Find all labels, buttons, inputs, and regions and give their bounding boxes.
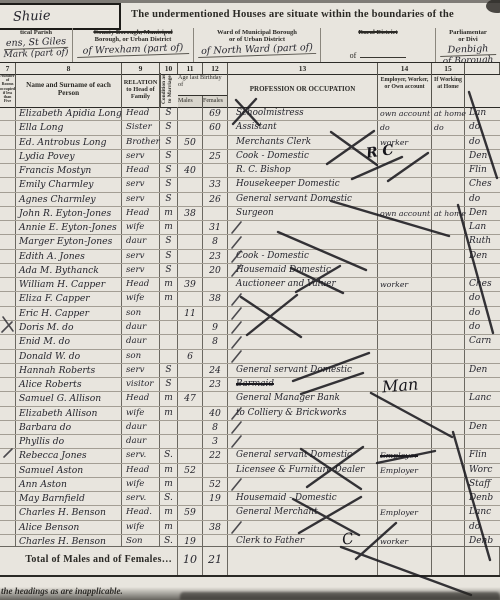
male-age-cell <box>178 221 203 234</box>
occupation-cell: Housemaid - Domestic <box>228 492 378 505</box>
female-age-cell: 23 <box>203 378 228 391</box>
at-home-cell <box>432 235 465 248</box>
female-age-cell <box>203 350 228 363</box>
male-age-cell <box>178 449 203 462</box>
table-row: Ann Aston wife m 52 Staff <box>0 478 500 492</box>
relation-cell: Head <box>122 278 160 291</box>
occupation-cell: Auctioneer and Valuer <box>228 278 378 291</box>
employer-cell <box>378 164 432 177</box>
relation-cell: serv <box>122 178 160 191</box>
rooms-cell <box>0 221 16 234</box>
rooms-cell <box>0 449 16 462</box>
condition-cell: S <box>160 193 178 206</box>
birthplace-cell: Flin <box>465 164 500 177</box>
relation-cell: wife <box>122 292 160 305</box>
rooms-cell <box>0 292 16 305</box>
scan-bottom-smudge <box>180 592 500 600</box>
birthplace-cell: Staff <box>465 478 500 491</box>
rooms-cell <box>0 364 16 377</box>
name-cell: Rebecca Jones <box>16 449 122 462</box>
female-age-cell: 38 <box>203 292 228 305</box>
condition-cell: S <box>160 364 178 377</box>
name-cell: William H. Capper <box>16 278 122 291</box>
employer-cell: own account <box>378 107 432 120</box>
name-cell: Ada M. Bythanck <box>16 264 122 277</box>
rooms-cell <box>0 136 16 149</box>
rural-district-of: of <box>350 51 357 60</box>
condition-cell: S <box>160 107 178 120</box>
table-row: Eliza F. Capper wife m 38 do <box>0 292 500 306</box>
table-row: William H. Capper Head m 39 Auctioneer a… <box>0 278 500 292</box>
employer-cell: own account <box>378 207 432 220</box>
female-age-cell: 31 <box>203 221 228 234</box>
relation-cell: wife <box>122 521 160 534</box>
occupation-cell: Licensee & Furniture Dealer <box>228 464 378 477</box>
parliamentary-label-line1: Parliamentar <box>436 29 500 36</box>
birthplace-cell: Lan <box>465 107 500 120</box>
at-home-cell <box>432 378 465 391</box>
female-age-cell: 25 <box>203 150 228 163</box>
condition-cell <box>160 435 178 448</box>
birthplace-cell: Lan <box>465 221 500 234</box>
ink-annotation-man: Man <box>381 374 419 396</box>
female-age-cell <box>203 136 228 149</box>
condition-cell: m <box>160 506 178 519</box>
name-cell: Alice Roberts <box>16 378 122 391</box>
ward-label-line1: Ward of Municipal Borough <box>194 29 320 36</box>
at-home-cell <box>432 449 465 462</box>
ward-box: Ward of Municipal Borough or of Urban Di… <box>193 28 320 62</box>
male-age-cell <box>178 478 203 491</box>
at-home-cell <box>432 478 465 491</box>
female-age-cell <box>203 506 228 519</box>
relation-cell: serv <box>122 193 160 206</box>
rooms-cell <box>0 478 16 491</box>
occupation-cell: Cook - Domestic <box>228 250 378 263</box>
rooms-cell <box>0 164 16 177</box>
at-home-cell <box>432 364 465 377</box>
condition-cell: S <box>160 150 178 163</box>
birthplace-cell: Lanc <box>465 506 500 519</box>
name-cell: Agnes Charmley <box>16 193 122 206</box>
male-age-cell <box>178 421 203 434</box>
header-occupation: PROFESSION OR OCCUPATION <box>228 73 378 107</box>
header-relation: RELATION to Head of Family <box>122 73 160 107</box>
male-age-cell <box>178 235 203 248</box>
occupation-cell <box>228 521 378 534</box>
condition-cell: S <box>160 136 178 149</box>
table-row: Samuel G. Allison Head m 47 General Mana… <box>0 392 500 406</box>
table-row: Rebecca Jones serv. S. 22 General servan… <box>0 449 500 463</box>
table-row: Elizabeth Apidia Long Head S 69 Schoolmi… <box>0 107 500 121</box>
table-row: John R. Eyton-Jones Head m 38 Surgeon ow… <box>0 207 500 221</box>
condition-cell <box>160 421 178 434</box>
table-row: Francis Mostyn Head S 40 R. C. Bishop Fl… <box>0 164 500 178</box>
male-age-cell <box>178 150 203 163</box>
name-cell: John R. Eyton-Jones <box>16 207 122 220</box>
header-males: Males <box>178 96 203 107</box>
relation-cell: daur <box>122 321 160 334</box>
female-age-cell <box>203 307 228 320</box>
employer-cell: worker <box>378 278 432 291</box>
name-cell: Samuel Aston <box>16 464 122 477</box>
female-age-cell: 20 <box>203 264 228 277</box>
rural-district-label: Rural District <box>321 29 435 36</box>
rooms-cell <box>0 521 16 534</box>
name-cell: Ann Aston <box>16 478 122 491</box>
at-home-cell <box>432 307 465 320</box>
female-age-cell: 22 <box>203 449 228 462</box>
female-age-cell: 9 <box>203 321 228 334</box>
relation-cell: visitor <box>122 378 160 391</box>
district-header-row: tical Parish ens, St Giles Mark (part of… <box>0 28 500 62</box>
female-age-cell <box>203 392 228 405</box>
birthplace-cell: Den <box>465 250 500 263</box>
header-females: Females <box>203 96 227 107</box>
table-row: Ada M. Bythanck serv S 20 Housemaid Dome… <box>0 264 500 278</box>
female-age-cell: 19 <box>203 492 228 505</box>
condition-cell: m <box>160 278 178 291</box>
birthplace-cell: Den <box>465 150 500 163</box>
table-row: Ella Long Sister S 60 Assistant do do do <box>0 121 500 135</box>
table-row: Doris M. do daur 9 do <box>0 321 500 335</box>
relation-cell: Head. <box>122 506 160 519</box>
female-age-cell: 52 <box>203 478 228 491</box>
totals-employer-empty <box>378 547 432 575</box>
male-age-cell <box>178 292 203 305</box>
rural-district-box: Rural District of <box>320 28 435 62</box>
county-borough-value: of Wrexham (part of) <box>77 42 189 58</box>
birthplace-cell: do <box>465 292 500 305</box>
employer-cell <box>378 335 432 348</box>
parliamentary-box: Parliamentar or Divi Denbigh of Borough <box>435 28 500 62</box>
employer-cell: do <box>378 121 432 134</box>
name-cell: Eliza F. Capper <box>16 292 122 305</box>
male-age-cell <box>178 364 203 377</box>
at-home-cell <box>432 407 465 420</box>
at-home-cell <box>432 221 465 234</box>
totals-birthplace-empty <box>465 547 500 575</box>
occupation-cell <box>228 350 378 363</box>
birthplace-cell: do <box>465 121 500 134</box>
name-cell: Elizabeth Apidia Long <box>16 107 122 120</box>
rooms-cell <box>0 193 16 206</box>
relation-cell: wife <box>122 407 160 420</box>
birthplace-cell: do <box>465 307 500 320</box>
table-row: Charles H. Benson Head. m 59 General Mer… <box>0 506 500 520</box>
census-page: { "header": { "street_note": "Shuie", "t… <box>0 0 500 600</box>
female-age-cell: 33 <box>203 178 228 191</box>
parish-value-line2: Mark (part of) <box>0 48 72 61</box>
employer-cell <box>378 421 432 434</box>
birthplace-cell: Denb <box>465 492 500 505</box>
table-row: Donald W. do son 6 <box>0 350 500 364</box>
at-home-cell <box>432 435 465 448</box>
female-age-cell <box>203 278 228 291</box>
occupation-cell: Housekeeper Domestic <box>228 178 378 191</box>
name-cell: Emily Charmley <box>16 178 122 191</box>
rooms-cell <box>0 350 16 363</box>
relation-cell: daur <box>122 335 160 348</box>
occupation-cell <box>228 321 378 334</box>
occupation-cell: Merchants Clerk <box>228 136 378 149</box>
condition-cell <box>160 350 178 363</box>
occupation-cell: General servant Domestic <box>228 449 378 462</box>
county-borough-label-line1: County Borough, Municipal <box>73 29 193 36</box>
at-home-cell: do <box>432 121 465 134</box>
relation-cell: daur <box>122 421 160 434</box>
at-home-cell <box>432 506 465 519</box>
female-age-cell <box>203 164 228 177</box>
header-condition: Condition as to Marriage <box>160 73 178 107</box>
rooms-cell <box>0 278 16 291</box>
header-employer: Employer, Worker, or Own account <box>378 73 432 107</box>
male-age-cell <box>178 492 203 505</box>
name-cell: Annie E. Eyton-Jones <box>16 221 122 234</box>
relation-cell: Head <box>122 207 160 220</box>
female-age-cell: 26 <box>203 193 228 206</box>
table-row: Elizabeth Allison wife m 40 to Colliery … <box>0 407 500 421</box>
rooms-cell <box>0 178 16 191</box>
occupation-cell <box>228 307 378 320</box>
at-home-cell <box>432 250 465 263</box>
birthplace-cell: Den <box>465 207 500 220</box>
rooms-cell <box>0 421 16 434</box>
employer-cell <box>378 478 432 491</box>
condition-cell: m <box>160 521 178 534</box>
name-cell: Doris M. do <box>16 321 122 334</box>
at-home-cell <box>432 321 465 334</box>
birthplace-cell: Den <box>465 364 500 377</box>
at-home-cell <box>432 521 465 534</box>
condition-cell: m <box>160 478 178 491</box>
employer-cell <box>378 250 432 263</box>
rows: Elizabeth Apidia Long Head S 69 Schoolmi… <box>0 107 500 549</box>
male-age-cell: 6 <box>178 350 203 363</box>
at-home-cell <box>432 421 465 434</box>
county-borough-box: County Borough, Municipal Borough, or Ur… <box>72 28 193 62</box>
male-age-cell <box>178 378 203 391</box>
employer-cell <box>378 521 432 534</box>
condition-cell <box>160 321 178 334</box>
condition-cell: S. <box>160 449 178 462</box>
header-rooms: Number of Rooms occupied if less than Fi… <box>0 73 16 107</box>
employer-cell <box>378 492 432 505</box>
female-age-cell: 24 <box>203 364 228 377</box>
condition-cell: S <box>160 250 178 263</box>
occupation-cell <box>228 435 378 448</box>
female-age-cell <box>203 207 228 220</box>
name-cell: Charles H. Benson <box>16 506 122 519</box>
male-age-cell <box>178 521 203 534</box>
table-row: Lydia Povey serv S 25 Cook - Domestic De… <box>0 150 500 164</box>
male-age-cell <box>178 178 203 191</box>
male-age-cell: 47 <box>178 392 203 405</box>
table-row: Barbara do daur 8 Den <box>0 421 500 435</box>
civil-parish-box: tical Parish ens, St Giles Mark (part of… <box>0 28 72 62</box>
male-age-cell: 39 <box>178 278 203 291</box>
relation-cell: Sister <box>122 121 160 134</box>
birthplace-cell: Den <box>465 421 500 434</box>
occupation-cell <box>228 421 378 434</box>
condition-cell: m <box>160 221 178 234</box>
name-cell: Ella Long <box>16 121 122 134</box>
name-cell: Eric H. Capper <box>16 307 122 320</box>
birthplace-cell: do <box>465 193 500 206</box>
relation-cell: daur <box>122 235 160 248</box>
rooms-cell <box>0 392 16 405</box>
totals-females: 21 <box>203 547 228 575</box>
name-cell: Samuel G. Allison <box>16 392 122 405</box>
header-working-at-home: If Working at Home <box>432 73 465 107</box>
condition-cell: S <box>160 164 178 177</box>
at-home-cell <box>432 350 465 363</box>
relation-cell: wife <box>122 221 160 234</box>
male-age-cell: 11 <box>178 307 203 320</box>
totals-home-empty <box>432 547 465 575</box>
header-birthplace-clipped <box>465 73 500 107</box>
birthplace-cell <box>465 407 500 420</box>
occupation-cell: Surgeon <box>228 207 378 220</box>
name-cell: Barbara do <box>16 421 122 434</box>
table-row: Alice Benson wife m 38 do <box>0 521 500 535</box>
birthplace-cell <box>465 435 500 448</box>
male-age-cell: 40 <box>178 164 203 177</box>
at-home-cell <box>432 150 465 163</box>
male-age-cell <box>178 107 203 120</box>
header-name: Name and Surname of each Person <box>16 73 122 107</box>
male-age-cell <box>178 121 203 134</box>
female-age-cell: 8 <box>203 235 228 248</box>
male-age-cell: 50 <box>178 136 203 149</box>
table-row: Phyllis do daur 3 <box>0 435 500 449</box>
male-age-cell: 59 <box>178 506 203 519</box>
at-home-cell <box>432 278 465 291</box>
name-cell: Elizabeth Allison <box>16 407 122 420</box>
table-row: Edith A. Jones serv S 23 Cook - Domestic… <box>0 250 500 264</box>
occupation-cell <box>228 292 378 305</box>
condition-cell: m <box>160 407 178 420</box>
male-age-cell <box>178 321 203 334</box>
table-row: May Barnfield serv. S. 19 Housemaid - Do… <box>0 492 500 506</box>
female-age-cell: 69 <box>203 107 228 120</box>
birthplace-cell: do <box>465 521 500 534</box>
employer-cell <box>378 264 432 277</box>
at-home-cell <box>432 136 465 149</box>
table-row: Samuel Aston Head m 52 Licensee & Furnit… <box>0 464 500 478</box>
employer-cell <box>378 350 432 363</box>
ward-value: of North Ward (part of) <box>198 42 316 58</box>
header-age-group: Age last Birthday of Males Females <box>178 73 228 107</box>
employer-cell <box>378 292 432 305</box>
scan-top-edge <box>0 0 500 3</box>
relation-cell: son <box>122 350 160 363</box>
street-name-box: Shuie <box>0 3 121 30</box>
male-age-cell <box>178 193 203 206</box>
rural-district-blank-line <box>360 48 406 58</box>
birthplace-cell <box>465 264 500 277</box>
condition-cell: S <box>160 378 178 391</box>
occupation-cell: Housemaid Domestic <box>228 264 378 277</box>
parliamentary-value-line2: of Borough <box>436 55 500 62</box>
condition-cell: m <box>160 464 178 477</box>
female-age-cell: 8 <box>203 421 228 434</box>
employer-cell: Employer <box>378 449 432 462</box>
table-row: Marger Eyton-Jones daur S 8 Ruth <box>0 235 500 249</box>
at-home-cell <box>432 292 465 305</box>
name-cell: Hannah Roberts <box>16 364 122 377</box>
rooms-cell <box>0 235 16 248</box>
at-home-cell <box>432 392 465 405</box>
table-row: Annie E. Eyton-Jones wife m 31 Lan <box>0 221 500 235</box>
condition-cell: S <box>160 121 178 134</box>
rooms-cell <box>0 321 16 334</box>
table-row: Enid M. do daur 8 Carn <box>0 335 500 349</box>
rooms-cell <box>0 107 16 120</box>
employer-cell <box>378 307 432 320</box>
at-home-cell <box>432 193 465 206</box>
relation-cell: serv <box>122 250 160 263</box>
birthplace-cell <box>465 378 500 391</box>
male-age-cell <box>178 335 203 348</box>
birthplace-cell <box>465 350 500 363</box>
rooms-cell <box>0 407 16 420</box>
condition-cell: m <box>160 207 178 220</box>
male-age-cell <box>178 264 203 277</box>
condition-cell: m <box>160 292 178 305</box>
street-name-handwriting: Shuie <box>13 6 119 25</box>
occupation-cell: General Merchant <box>228 506 378 519</box>
name-cell: Alice Benson <box>16 521 122 534</box>
at-home-cell: at home <box>432 207 465 220</box>
name-cell: May Barnfield <box>16 492 122 505</box>
table-row: Ed. Antrobus Long Brother S 50 Merchants… <box>0 136 500 150</box>
occupation-cell: General servant Domestic <box>228 193 378 206</box>
name-cell: Edith A. Jones <box>16 250 122 263</box>
relation-cell: son <box>122 307 160 320</box>
female-age-cell: 40 <box>203 407 228 420</box>
birthplace-cell: Ruth <box>465 235 500 248</box>
employer-cell <box>378 221 432 234</box>
occupation-cell: R. C. Bishop <box>228 164 378 177</box>
occupation-cell <box>228 335 378 348</box>
table-row: Agnes Charmley serv S 26 General servant… <box>0 193 500 207</box>
employer-cell <box>378 407 432 420</box>
name-cell: Lydia Povey <box>16 150 122 163</box>
male-age-cell <box>178 407 203 420</box>
name-cell: Ed. Antrobus Long <box>16 136 122 149</box>
occupation-cell <box>228 221 378 234</box>
condition-cell: S. <box>160 492 178 505</box>
relation-cell: Head <box>122 392 160 405</box>
condition-cell: S <box>160 264 178 277</box>
condition-cell: m <box>160 392 178 405</box>
table-row: Emily Charmley serv S 33 Housekeeper Dom… <box>0 178 500 192</box>
relation-cell: serv. <box>122 492 160 505</box>
male-age-cell <box>178 250 203 263</box>
rooms-cell <box>0 121 16 134</box>
table-row: Eric H. Capper son 11 do <box>0 307 500 321</box>
rooms-cell <box>0 435 16 448</box>
birthplace-cell: Carn <box>465 335 500 348</box>
header-age-label: Age last Birthday of <box>178 73 227 95</box>
name-cell: Marger Eyton-Jones <box>16 235 122 248</box>
occupation-cell: General Manager Bank <box>228 392 378 405</box>
birthplace-cell: do <box>465 321 500 334</box>
female-age-cell: 8 <box>203 335 228 348</box>
female-age-cell: 38 <box>203 521 228 534</box>
condition-cell <box>160 307 178 320</box>
